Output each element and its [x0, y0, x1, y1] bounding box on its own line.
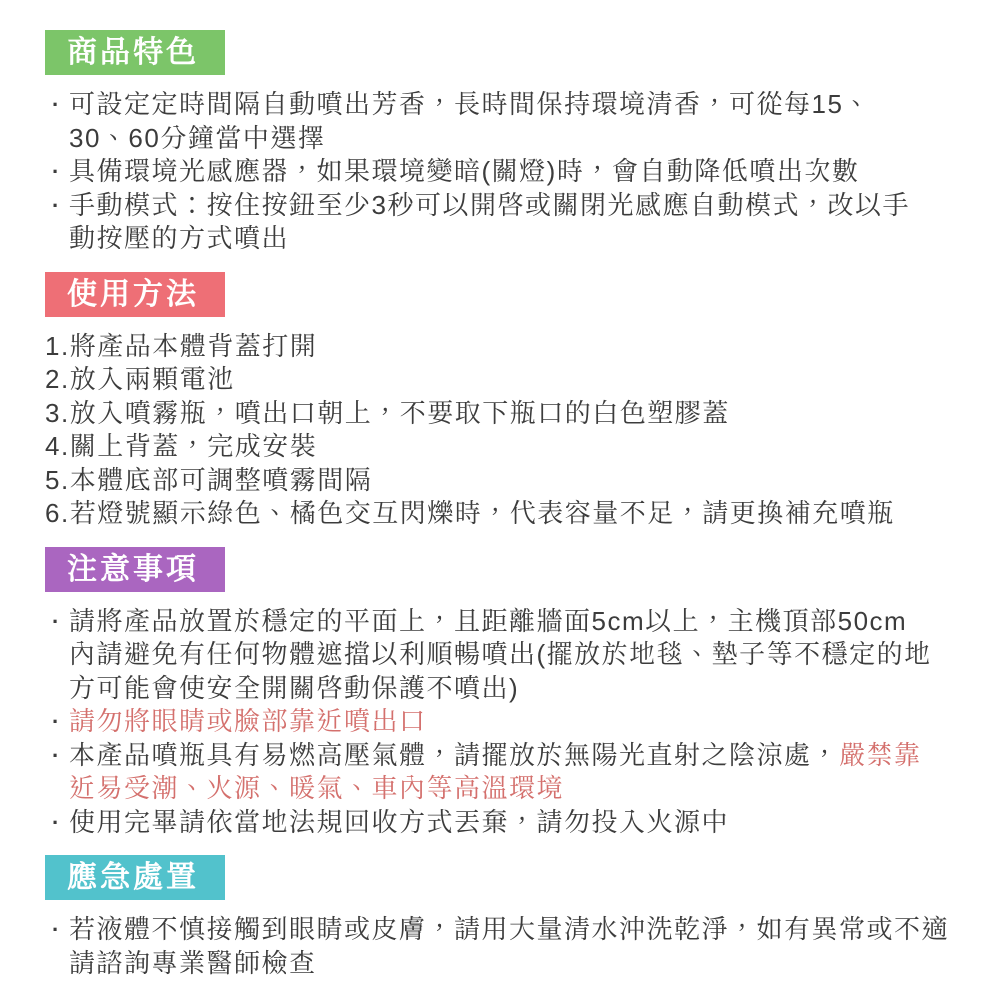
body-text: 使用完畢請依當地法規回收方式丟棄，請勿投入火源中 — [69, 807, 729, 837]
section-badge-precautions: 注意事項 — [45, 547, 225, 592]
body-text: 放入噴霧瓶，噴出口朝上，不要取下瓶口的白色塑膠蓋 — [70, 398, 730, 428]
item-number: 6. — [45, 497, 70, 531]
item-text: 若液體不慎接觸到眼睛或皮膚，請用大量清水沖洗乾淨，如有異常或不適請諮詢專業醫師檢… — [69, 913, 949, 980]
bullet-dot: · — [52, 913, 69, 947]
body-text: 具備環境光感應器，如果環境變暗(關燈)時，會自動降低噴出次數 — [69, 156, 859, 186]
list-item: ·手動模式：按住按鈕至少3秒可以開啓或關閉光感應自動模式，改以手動按壓的方式噴出 — [52, 189, 960, 256]
bullet-dot: · — [52, 605, 69, 639]
list-item: ·具備環境光感應器，如果環境變暗(關燈)時，會自動降低噴出次數 — [52, 155, 960, 189]
body-text: 請諮詢專業醫師檢查 — [69, 948, 317, 978]
item-text: 若燈號顯示綠色、橘色交互閃爍時，代表容量不足，請更換補充噴瓶 — [70, 497, 895, 531]
list-item: 4.關上背蓋，完成安裝 — [45, 430, 960, 464]
section-items-precautions: ·請將產品放置於穩定的平面上，且距離牆面5cm以上，主機頂部50cm內請避免有任… — [45, 605, 960, 840]
bullet-dot: · — [52, 806, 69, 840]
body-text: 可設定定時間隔自動噴出芳香，長時間保持環境清香，可從每15、 — [69, 89, 871, 119]
body-text: 手動模式：按住按鈕至少3秒可以開啓或關閉光感應自動模式，改以手 — [69, 190, 910, 220]
item-text: 放入噴霧瓶，噴出口朝上，不要取下瓶口的白色塑膠蓋 — [70, 397, 730, 431]
section-usage: 使用方法1.將產品本體背蓋打開2.放入兩顆電池3.放入噴霧瓶，噴出口朝上，不要取… — [45, 272, 960, 531]
body-text: 若液體不慎接觸到眼睛或皮膚，請用大量清水沖洗乾淨，如有異常或不適 — [69, 914, 949, 944]
item-text: 具備環境光感應器，如果環境變暗(關燈)時，會自動降低噴出次數 — [69, 155, 859, 189]
section-emergency: 應急處置·若液體不慎接觸到眼睛或皮膚，請用大量清水沖洗乾淨，如有異常或不適請諮詢… — [45, 855, 960, 980]
section-items-emergency: ·若液體不慎接觸到眼睛或皮膚，請用大量清水沖洗乾淨，如有異常或不適請諮詢專業醫師… — [45, 913, 960, 980]
bullet-dot: · — [52, 189, 69, 223]
item-text: 可設定定時間隔自動噴出芳香，長時間保持環境清香，可從每15、30、60分鐘當中選… — [69, 88, 871, 155]
list-item: ·可設定定時間隔自動噴出芳香，長時間保持環境清香，可從每15、30、60分鐘當中… — [52, 88, 960, 155]
item-text: 放入兩顆電池 — [70, 363, 235, 397]
section-badge-usage: 使用方法 — [45, 272, 225, 317]
body-text: 將產品本體背蓋打開 — [70, 331, 318, 361]
product-info-page: 商品特色·可設定定時間隔自動噴出芳香，長時間保持環境清香，可從每15、30、60… — [0, 0, 1000, 1000]
section-items-features: ·可設定定時間隔自動噴出芳香，長時間保持環境清香，可從每15、30、60分鐘當中… — [45, 88, 960, 256]
item-text: 本體底部可調整噴霧間隔 — [70, 464, 373, 498]
body-text: 本體底部可調整噴霧間隔 — [70, 465, 373, 495]
item-text: 關上背蓋，完成安裝 — [70, 430, 318, 464]
bullet-dot: · — [52, 88, 69, 122]
list-item: 3.放入噴霧瓶，噴出口朝上，不要取下瓶口的白色塑膠蓋 — [45, 397, 960, 431]
body-text: 請將產品放置於穩定的平面上，且距離牆面5cm以上，主機頂部50cm — [69, 606, 907, 636]
bullet-dot: · — [52, 739, 69, 773]
section-items-usage: 1.將產品本體背蓋打開2.放入兩顆電池3.放入噴霧瓶，噴出口朝上，不要取下瓶口的… — [45, 330, 960, 531]
item-number: 5. — [45, 464, 70, 498]
item-text: 請勿將眼睛或臉部靠近噴出口 — [69, 705, 427, 739]
section-badge-emergency: 應急處置 — [45, 855, 225, 900]
warning-text: 嚴禁靠 — [839, 740, 922, 770]
list-item: 6.若燈號顯示綠色、橘色交互閃爍時，代表容量不足，請更換補充噴瓶 — [45, 497, 960, 531]
list-item: ·使用完畢請依當地法規回收方式丟棄，請勿投入火源中 — [52, 806, 960, 840]
item-text: 本產品噴瓶具有易燃高壓氣體，請擺放於無陽光直射之陰涼處，嚴禁靠近易受潮、火源、暖… — [69, 739, 922, 806]
section-badge-features: 商品特色 — [45, 30, 225, 75]
body-text: 若燈號顯示綠色、橘色交互閃爍時，代表容量不足，請更換補充噴瓶 — [70, 498, 895, 528]
item-text: 使用完畢請依當地法規回收方式丟棄，請勿投入火源中 — [69, 806, 729, 840]
bullet-dot: · — [52, 705, 69, 739]
body-text: 放入兩顆電池 — [70, 364, 235, 394]
body-text: 方可能會使安全開關啓動保護不噴出) — [69, 673, 519, 703]
item-number: 4. — [45, 430, 70, 464]
item-number: 3. — [45, 397, 70, 431]
item-number: 1. — [45, 330, 70, 364]
body-text: 30、60分鐘當中選擇 — [69, 123, 325, 153]
list-item: ·請勿將眼睛或臉部靠近噴出口 — [52, 705, 960, 739]
body-text: 本產品噴瓶具有易燃高壓氣體，請擺放於無陽光直射之陰涼處， — [69, 740, 839, 770]
list-item: 5.本體底部可調整噴霧間隔 — [45, 464, 960, 498]
item-number: 2. — [45, 363, 70, 397]
item-text: 請將產品放置於穩定的平面上，且距離牆面5cm以上，主機頂部50cm內請避免有任何… — [69, 605, 932, 706]
item-text: 手動模式：按住按鈕至少3秒可以開啓或關閉光感應自動模式，改以手動按壓的方式噴出 — [69, 189, 910, 256]
list-item: 1.將產品本體背蓋打開 — [45, 330, 960, 364]
warning-text: 近易受潮、火源、暖氣、車內等高溫環境 — [69, 773, 564, 803]
list-item: ·請將產品放置於穩定的平面上，且距離牆面5cm以上，主機頂部50cm內請避免有任… — [52, 605, 960, 706]
body-text: 動按壓的方式噴出 — [69, 223, 289, 253]
section-features: 商品特色·可設定定時間隔自動噴出芳香，長時間保持環境清香，可從每15、30、60… — [45, 30, 960, 256]
list-item: ·本產品噴瓶具有易燃高壓氣體，請擺放於無陽光直射之陰涼處，嚴禁靠近易受潮、火源、… — [52, 739, 960, 806]
list-item: ·若液體不慎接觸到眼睛或皮膚，請用大量清水沖洗乾淨，如有異常或不適請諮詢專業醫師… — [52, 913, 960, 980]
warning-text: 請勿將眼睛或臉部靠近噴出口 — [69, 706, 427, 736]
body-text: 關上背蓋，完成安裝 — [70, 431, 318, 461]
body-text: 內請避免有任何物體遮擋以利順暢噴出(擺放於地毯、墊子等不穩定的地 — [69, 639, 932, 669]
section-precautions: 注意事項·請將產品放置於穩定的平面上，且距離牆面5cm以上，主機頂部50cm內請… — [45, 547, 960, 840]
item-text: 將產品本體背蓋打開 — [70, 330, 318, 364]
bullet-dot: · — [52, 155, 69, 189]
list-item: 2.放入兩顆電池 — [45, 363, 960, 397]
